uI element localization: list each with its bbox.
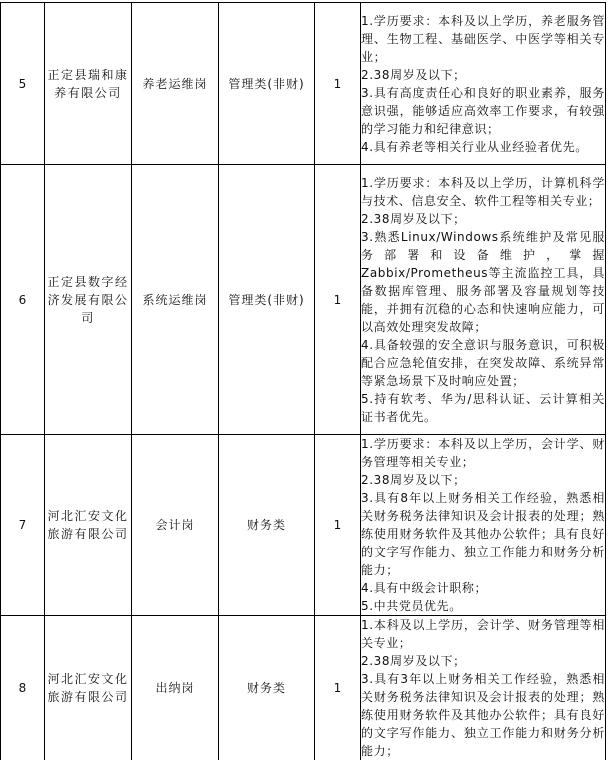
requirement-item: 4.具备较强的安全意识与服务意识，可积极配合应急轮值安排，在突发故障、系统异常等… bbox=[361, 336, 605, 390]
row-index: 7 bbox=[1, 435, 45, 616]
table-row: 5 正定县瑞和康养有限公司 养老运维岗 管理类(非财) 1 1.学历要求：本科及… bbox=[1, 3, 606, 165]
post-category: 财务类 bbox=[219, 435, 315, 616]
post-category: 管理类(非财) bbox=[219, 165, 315, 435]
headcount: 1 bbox=[315, 435, 361, 616]
requirement-item: 3.具有高度责任心和良好的职业素养，服务意识强，能够适应高效率工作要求，有较强的… bbox=[361, 84, 605, 138]
headcount: 1 bbox=[315, 3, 361, 165]
post-name: 系统运维岗 bbox=[132, 165, 219, 435]
requirement-item: 3.具有3年以上财务相关工作经验，熟悉相关财务税务法律知识及会计报表的处理；熟练… bbox=[361, 670, 605, 760]
requirements-cell: 1.学历要求：本科及以上学历，养老服务管理、生物工程、基础医学、中医学等相关专业… bbox=[361, 3, 606, 165]
post-category: 管理类(非财) bbox=[219, 3, 315, 165]
post-name: 会计岗 bbox=[132, 435, 219, 616]
post-category: 财务类 bbox=[219, 616, 315, 760]
post-name: 出纳岗 bbox=[132, 616, 219, 760]
post-name: 养老运维岗 bbox=[132, 3, 219, 165]
job-positions-table: 5 正定县瑞和康养有限公司 养老运维岗 管理类(非财) 1 1.学历要求：本科及… bbox=[0, 2, 606, 760]
requirement-item: 1.学历要求：本科及以上学历，计算机科学与技术、信息安全、软件工程等相关专业； bbox=[361, 174, 605, 210]
requirements-cell: 1.学历要求：本科及以上学历，计算机科学与技术、信息安全、软件工程等相关专业； … bbox=[361, 165, 606, 435]
row-index: 6 bbox=[1, 165, 45, 435]
table-row: 7 河北汇安文化旅游有限公司 会计岗 财务类 1 1.学历要求：本科及以上学历，… bbox=[1, 435, 606, 616]
headcount: 1 bbox=[315, 616, 361, 760]
requirement-item: 2.38周岁及以下； bbox=[361, 652, 605, 670]
row-index: 5 bbox=[1, 3, 45, 165]
requirements-cell: 1.本科及以上学历，会计学、财务管理等相关专业； 2.38周岁及以下； 3.具有… bbox=[361, 616, 606, 760]
headcount: 1 bbox=[315, 165, 361, 435]
requirement-item: 5.中共党员优先。 bbox=[361, 597, 605, 615]
company-name: 河北汇安文化旅游有限公司 bbox=[45, 616, 132, 760]
table-row: 8 河北汇安文化旅游有限公司 出纳岗 财务类 1 1.本科及以上学历，会计学、财… bbox=[1, 616, 606, 760]
requirement-item: 5.持有软考、华为/思科认证、云计算相关证书者优先。 bbox=[361, 390, 605, 426]
requirement-item: 4.具有中级会计职称； bbox=[361, 579, 605, 597]
requirement-item: 3.具有8年以上财务相关工作经验，熟悉相关财务税务法律知识及会计报表的处理；熟练… bbox=[361, 489, 605, 579]
requirement-item: 4.具有养老等相关行业从业经验者优先。 bbox=[361, 138, 605, 156]
requirement-item: 3.熟悉Linux/Windows系统维护及常见服务部署和设备维护，掌握Zabb… bbox=[361, 228, 605, 336]
requirement-item: 2.38周岁及以下； bbox=[361, 210, 605, 228]
requirement-item: 1.学历要求：本科及以上学历，会计学、财务管理等相关专业； bbox=[361, 435, 605, 471]
requirement-item: 2.38周岁及以下； bbox=[361, 471, 605, 489]
requirement-item: 1.学历要求：本科及以上学历，养老服务管理、生物工程、基础医学、中医学等相关专业… bbox=[361, 12, 605, 66]
company-name: 正定县数字经济发展有限公司 bbox=[45, 165, 132, 435]
row-index: 8 bbox=[1, 616, 45, 760]
company-name: 正定县瑞和康养有限公司 bbox=[45, 3, 132, 165]
company-name: 河北汇安文化旅游有限公司 bbox=[45, 435, 132, 616]
requirements-cell: 1.学历要求：本科及以上学历，会计学、财务管理等相关专业； 2.38周岁及以下；… bbox=[361, 435, 606, 616]
requirement-item: 1.本科及以上学历，会计学、财务管理等相关专业； bbox=[361, 616, 605, 652]
requirement-item: 2.38周岁及以下； bbox=[361, 66, 605, 84]
table-row: 6 正定县数字经济发展有限公司 系统运维岗 管理类(非财) 1 1.学历要求：本… bbox=[1, 165, 606, 435]
